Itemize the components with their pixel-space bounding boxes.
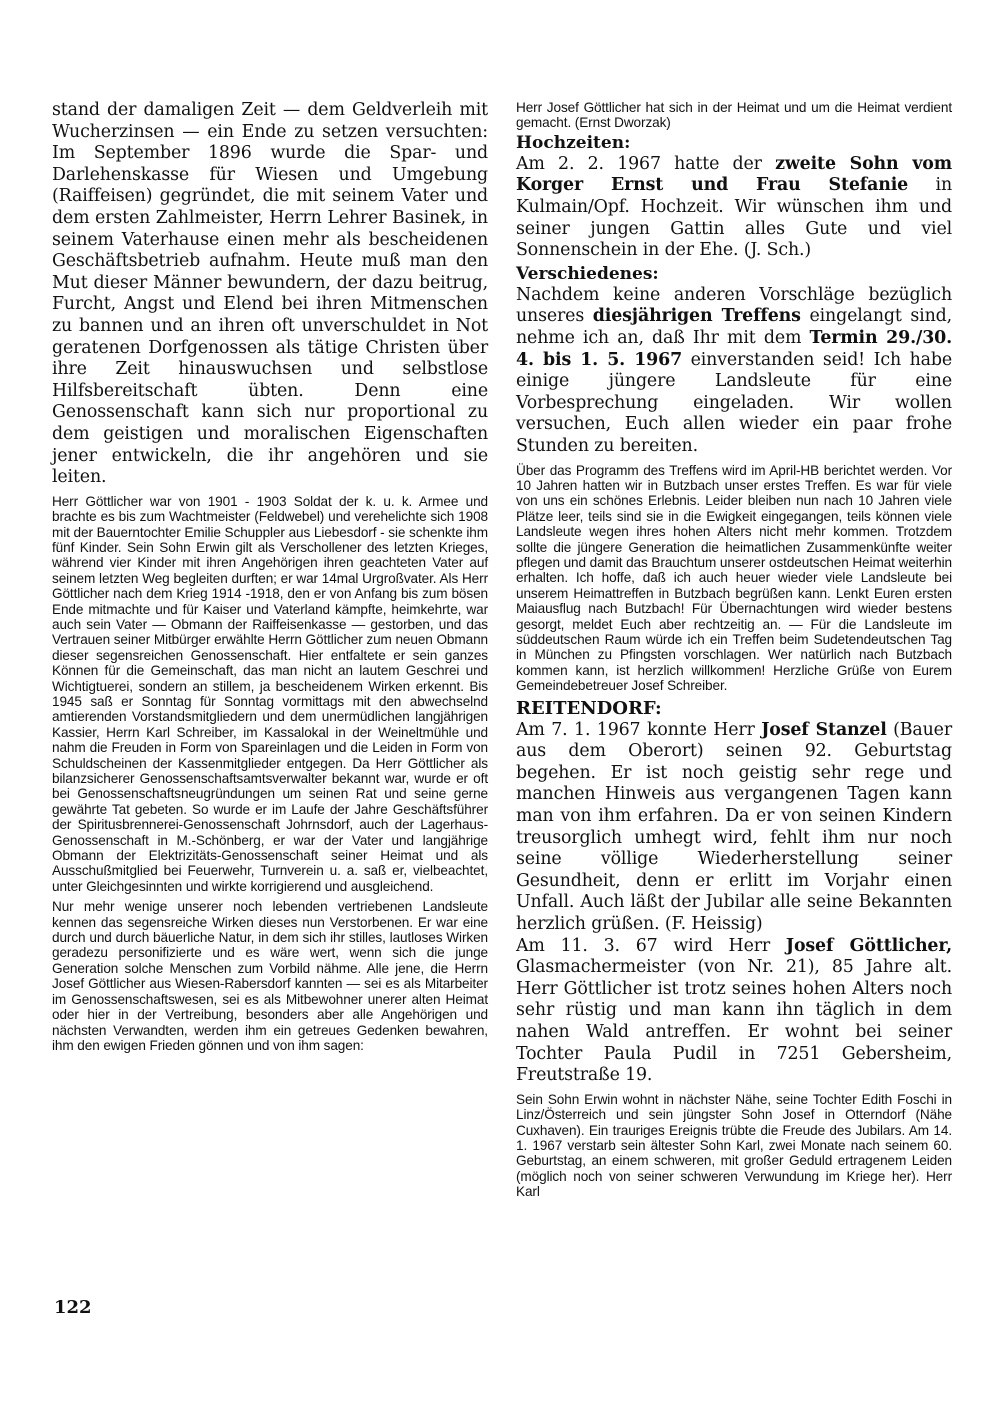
- bold-run: Josef Göttlicher,: [786, 936, 952, 956]
- bold-run: diesjährigen Treffens: [593, 306, 801, 326]
- heading-reitendorf: REITENDORF:: [516, 698, 952, 720]
- memorial-paragraph: Nur mehr wenige unserer noch lebenden ve…: [52, 899, 488, 1053]
- text-run: Am 7. 1. 1967 konnte Herr: [516, 720, 761, 740]
- verschiedenes-paragraph: Nachdem keine anderen Vorschläge bezügli…: [516, 285, 952, 458]
- goettlicher-birthday-paragraph: Am 11. 3. 67 wird Herr Josef Göttlicher,…: [516, 936, 952, 1087]
- left-column: stand der damaligen Zeit — dem Geldverle…: [52, 100, 488, 1053]
- intro-paragraph: stand der damaligen Zeit — dem Geldverle…: [52, 100, 488, 489]
- bold-run: Josef Stanzel: [761, 720, 886, 740]
- closing-paragraph: Herr Josef Göttlicher hat sich in der He…: [516, 100, 952, 131]
- stanzel-birthday-paragraph: Am 7. 1. 1967 konnte Herr Josef Stanzel …: [516, 720, 952, 936]
- right-column: Herr Josef Göttlicher hat sich in der He…: [516, 100, 952, 1200]
- text-run: Am 2. 2. 1967 hatte der: [516, 154, 775, 174]
- page-number: 122: [54, 1297, 92, 1318]
- text-run: Am 11. 3. 67 wird Herr: [516, 936, 786, 956]
- military-career-paragraph: Herr Göttlicher war von 1901 - 1903 Sold…: [52, 494, 488, 895]
- treffen-program-paragraph: Über das Programm des Treffens wird im A…: [516, 463, 952, 694]
- text-run: (Bauer aus dem Oberort) seinen 92. Gebur…: [516, 720, 952, 934]
- heading-verschiedenes: Verschiedenes:: [516, 264, 952, 285]
- hochzeiten-paragraph: Am 2. 2. 1967 hatte der zweite Sohn vom …: [516, 154, 952, 262]
- heading-hochzeiten: Hochzeiten:: [516, 133, 952, 154]
- family-news-paragraph: Sein Sohn Erwin wohnt in nächster Nähe, …: [516, 1092, 952, 1200]
- text-run: Glasmachermeister (von Nr. 21), 85 Jahre…: [516, 957, 952, 1085]
